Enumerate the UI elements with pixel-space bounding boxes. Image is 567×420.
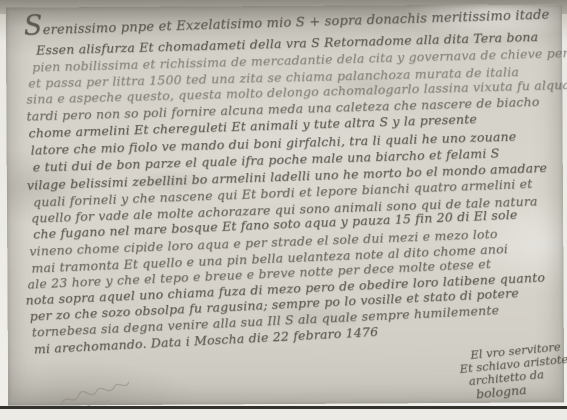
manuscript-paper: Serenissimo pnpe et Exzelatisimo mio S +… <box>6 4 564 405</box>
signature-block: El vro servitore Et schiavo aristotele a… <box>458 339 567 401</box>
photo-border <box>0 409 567 420</box>
photo-of-letter: Serenissimo pnpe et Exzelatisimo mio S +… <box>0 0 567 420</box>
